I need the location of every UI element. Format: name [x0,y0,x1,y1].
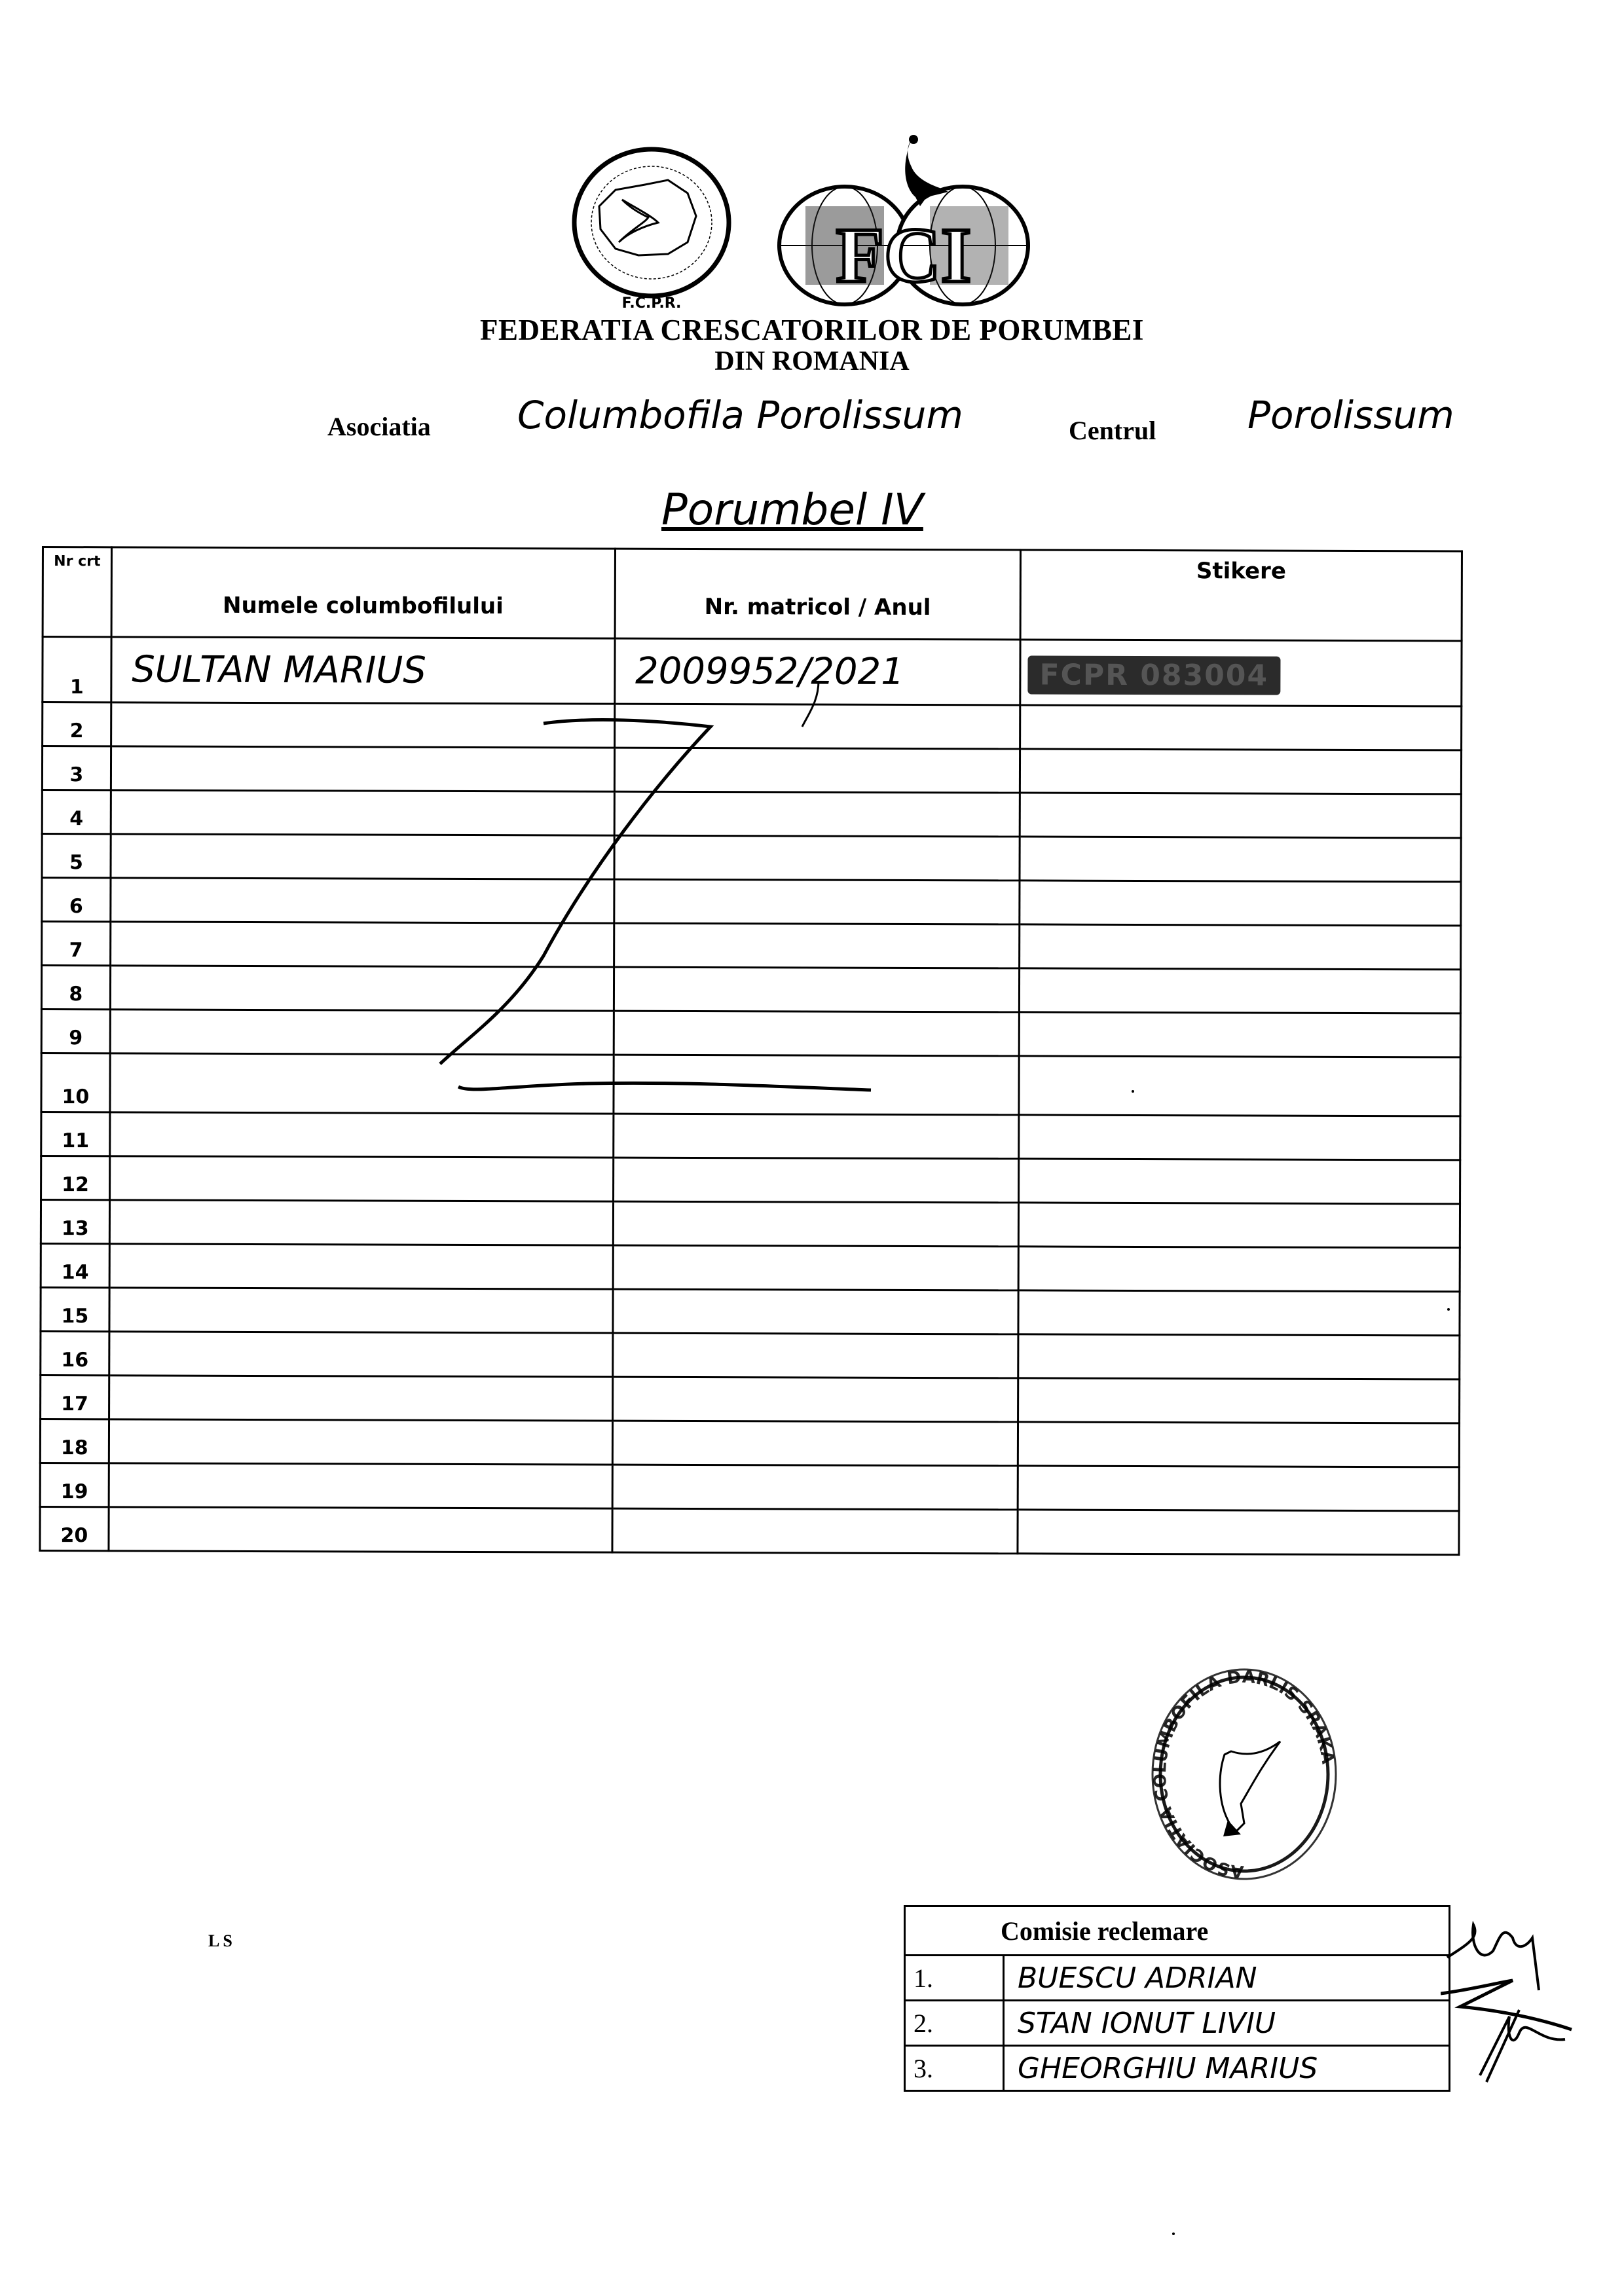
matricol-cell[interactable]: 2009952/2021 [614,638,1020,705]
federation-subtitle: DIN ROMANIA [0,346,1624,377]
fancier-name-cell[interactable] [111,834,614,879]
row-number: 9 [41,1010,110,1053]
table-row: 4 [42,790,1461,838]
sticker-cell[interactable] [1018,1378,1460,1423]
fancier-name-cell[interactable] [111,790,614,835]
row-number: 12 [41,1156,110,1200]
table-row: 20 [40,1506,1459,1554]
row-number: 18 [40,1419,109,1463]
table-row: 19 [40,1463,1459,1510]
fancier-name-cell[interactable] [109,1332,613,1377]
fancier-name-cell[interactable] [109,1463,612,1508]
sticker-cell[interactable] [1020,881,1461,926]
ls-label: L S [208,1931,232,1951]
sticker-cell[interactable] [1018,1290,1460,1336]
fancier-name-cell[interactable]: SULTAN MARIUS [111,637,615,704]
sticker-cell[interactable] [1019,1012,1460,1057]
centrul-value[interactable]: Porolissum [1247,393,1454,437]
sticker-cell[interactable] [1019,968,1460,1013]
matricol-cell[interactable] [614,879,1020,924]
row-number: 1 [43,637,111,702]
table-row: 9 [41,1010,1460,1057]
header-nr-crt: Nr crt [43,547,111,637]
fci-letters: FCI [836,211,972,299]
table-row: 14 [41,1243,1460,1291]
sticker-cell[interactable] [1018,1203,1460,1248]
table-row: 7 [42,922,1461,970]
matricol-cell[interactable] [614,923,1020,968]
matricol-cell[interactable] [614,835,1020,881]
fancier-name-cell[interactable] [110,1010,614,1055]
fancier-name-cell[interactable] [110,1112,614,1157]
table-row: 16 [41,1331,1460,1379]
fancier-name-cell[interactable] [109,1200,613,1245]
table-header-row: Nr crt Numele columbofilului Nr. matrico… [43,547,1462,641]
commission-table: Comisie reclemare 1.BUESCU ADRIAN2.STAN … [904,1905,1450,2092]
fancier-name-cell[interactable] [110,1053,614,1114]
table-row: 18 [40,1419,1459,1467]
matricol-cell[interactable] [612,1377,1018,1422]
commission-row: 3.GHEORGHIU MARIUS [905,2046,1450,2091]
row-number: 19 [40,1463,109,1506]
table-row: 3 [42,746,1461,794]
scan-speck [1132,1090,1134,1093]
fancier-name-cell[interactable] [109,1156,613,1201]
table-row: 5 [42,834,1461,882]
asociatia-label: Asociatia [327,411,431,442]
commission-member-number: 1. [905,1956,1004,2001]
table-row: 17 [41,1375,1460,1423]
row-number: 10 [41,1053,110,1112]
matricol-cell[interactable] [614,748,1020,793]
row-number: 3 [42,746,111,790]
row-number: 13 [41,1200,109,1244]
fancier-name-cell[interactable] [109,1419,612,1465]
table-row: 2 [43,702,1462,750]
fancier-name-cell[interactable] [109,1376,612,1421]
table-row: 1SULTAN MARIUS2009952/2021FCPR 083004 [43,637,1462,706]
sticker-cell[interactable] [1018,1247,1460,1292]
matricol-cell[interactable] [614,792,1020,837]
race-title[interactable]: Porumbel IV [661,484,923,535]
table-row: 11 [41,1112,1460,1160]
row-number: 7 [42,922,111,966]
row-number: 20 [40,1506,109,1550]
scan-speck [1447,1308,1450,1311]
matricol-cell[interactable] [614,704,1020,749]
row-number: 6 [42,878,111,922]
matricol-cell[interactable] [613,1055,1019,1115]
fancier-name-cell[interactable] [109,1507,612,1552]
commission-member-name[interactable]: BUESCU ADRIAN [1004,1956,1450,2001]
row-number: 16 [41,1331,109,1375]
table-row: 13 [41,1200,1460,1248]
row-number: 5 [42,834,111,878]
table-row: 8 [41,966,1460,1013]
sticker-cell[interactable] [1020,837,1461,882]
sticker-cell[interactable] [1019,1115,1460,1160]
fancier-name-cell[interactable] [109,1288,613,1333]
commission-row: 2.STAN IONUT LIVIU [905,2001,1450,2046]
fancier-name-cell[interactable] [111,878,614,923]
row-number: 11 [41,1112,110,1156]
fcpr-logo: F.C.P.R. [553,144,750,314]
table-row: 12 [41,1156,1460,1204]
row-number: 17 [41,1375,109,1419]
fancier-name-cell[interactable] [110,922,614,967]
centrul-label: Centrul [1069,415,1156,446]
row-number: 14 [41,1243,109,1287]
table-row: 15 [41,1287,1460,1335]
matricol-cell[interactable] [613,1245,1019,1290]
fancier-name-cell[interactable] [111,702,614,748]
commission-member-name[interactable]: STAN IONUT LIVIU [1004,2001,1450,2046]
sticker-cell[interactable] [1020,793,1461,838]
commission-member-name[interactable]: GHEORGHIU MARIUS [1004,2046,1450,2091]
row-number: 15 [41,1287,109,1331]
matricol-cell[interactable] [612,1333,1018,1378]
table-row: 10 [41,1053,1460,1116]
row-number: 8 [41,966,110,1010]
sticker-cell[interactable] [1020,749,1461,794]
matricol-cell[interactable] [614,1011,1020,1056]
header-stikere: Stikere [1020,550,1462,641]
matricol-cell[interactable] [612,1421,1018,1466]
sticker-cell[interactable] [1018,1422,1459,1467]
sticker-cell[interactable] [1018,1466,1459,1511]
scan-speck [1172,2232,1175,2235]
row-number: 4 [42,790,111,834]
commission-title: Comisie reclemare [905,1906,1450,1956]
fancier-name-cell[interactable] [111,746,614,792]
sticker-cell[interactable] [1019,1159,1460,1204]
association-stamp: ASOCIATIA COLUMBOFILA DARLIS SRAKA [1146,1663,1342,1886]
sticker-label: FCPR 083004 [1027,655,1280,695]
fci-logo: FCI [766,134,1041,311]
matricol-cell[interactable] [614,967,1020,1012]
asociatia-value[interactable]: Columbofila Porolissum [517,393,963,437]
matricol-cell[interactable] [613,1201,1019,1247]
federation-title: FEDERATIA CRESCATORILOR DE PORUMBEI [0,313,1624,347]
sticker-cell[interactable] [1020,705,1462,750]
fancier-name-cell[interactable] [110,966,614,1011]
matricol-cell[interactable] [613,1157,1019,1203]
header-name: Numele columbofilului [111,547,615,638]
fcpr-caption: F.C.P.R. [622,295,682,312]
sticker-cell[interactable]: FCPR 083004 [1020,640,1462,706]
table-row: 6 [42,878,1461,926]
sticker-cell[interactable] [1018,1510,1459,1555]
registration-table: Nr crt Numele columbofilului Nr. matrico… [39,546,1463,1556]
row-number: 2 [43,702,111,746]
fancier-name-cell[interactable] [109,1244,613,1289]
sticker-cell[interactable] [1020,924,1461,970]
matricol-cell[interactable] [612,1508,1018,1554]
commission-member-number: 2. [905,2001,1004,2046]
matricol-cell[interactable] [612,1465,1018,1510]
matricol-cell[interactable] [613,1114,1019,1159]
commission-signatures [1441,1918,1624,2088]
sticker-cell[interactable] [1019,1056,1460,1116]
header-matricol: Nr. matricol / Anul [615,549,1021,640]
sticker-cell[interactable] [1018,1334,1460,1379]
commission-member-number: 3. [905,2046,1004,2091]
commission-row: 1.BUESCU ADRIAN [905,1956,1450,2001]
matricol-cell[interactable] [612,1289,1018,1334]
